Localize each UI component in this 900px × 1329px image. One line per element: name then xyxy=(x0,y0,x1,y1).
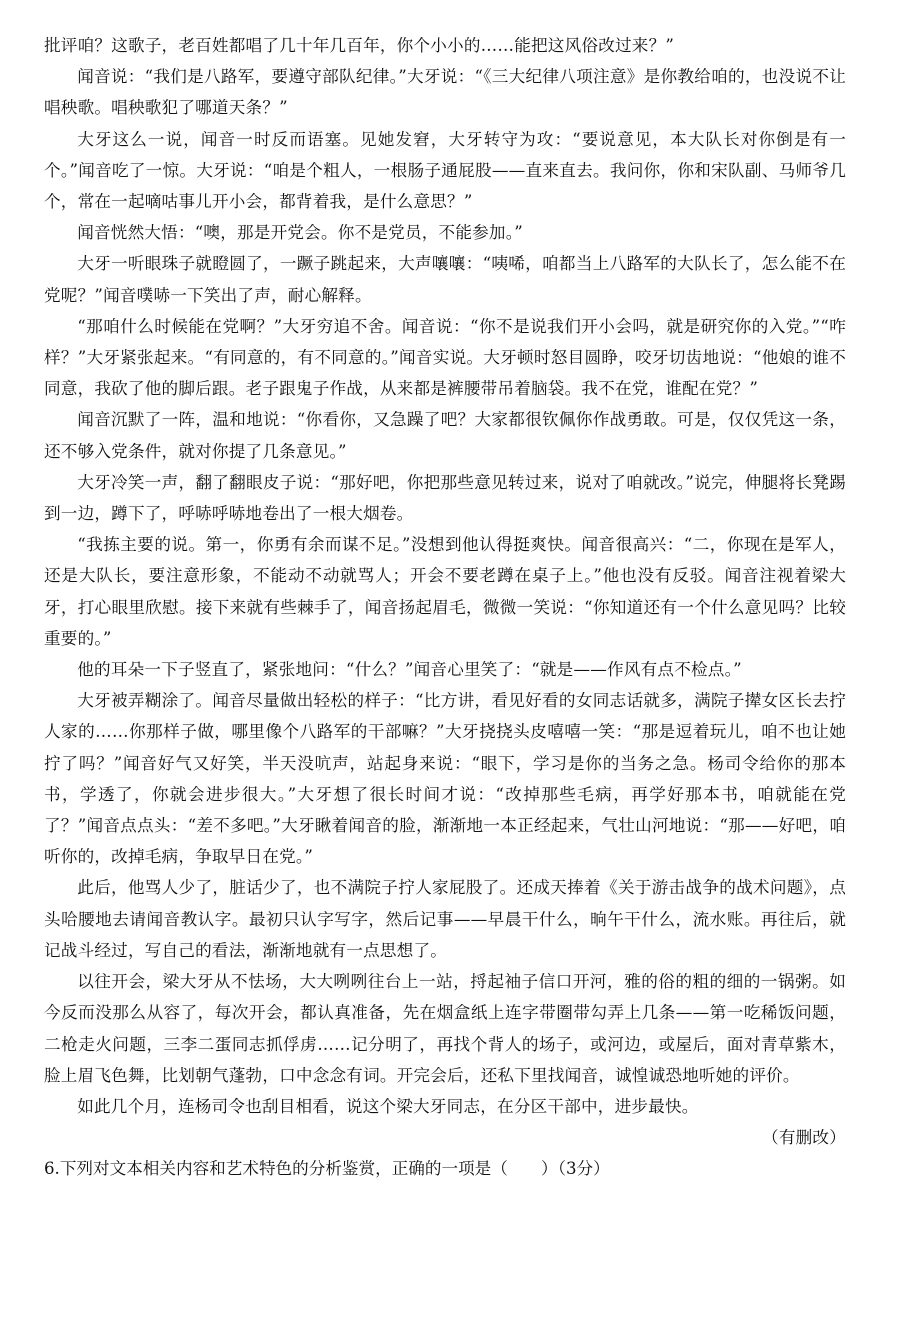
paragraph-8: “我拣主要的说。第一，你勇有余而谋不足。”没想到他认得挺爽快。闻音很高兴：“二，… xyxy=(44,529,846,654)
paragraph-4: 大牙一听眼珠子就瞪圆了，一蹶子跳起来，大声嚷嚷：“咦唏，咱都当上八路军的大队长了… xyxy=(44,248,846,310)
document-page: 批评咱？这歌子，老百姓都唱了几十年几百年，你个小小的……能把这风俗改过来？” 闻… xyxy=(44,30,846,1185)
paragraph-6: 闻音沉默了一阵，温和地说：“你看你，又急躁了吧？大家都很钦佩你作战勇敢。可是，仅… xyxy=(44,404,846,466)
paragraph-10: 大牙被弄糊涂了。闻音尽量做出轻松的样子：“比方讲，看见好看的女同志话就多，满院子… xyxy=(44,685,846,872)
paragraph-7: 大牙冷笑一声，翻了翻眼皮子说：“那好吧，你把那些意见转过来，说对了咱就改。”说完… xyxy=(44,467,846,529)
question-6: 6.下列对文本相关内容和艺术特色的分析鉴赏，正确的一项是（ ）（3分） xyxy=(44,1153,846,1184)
question-text: 下列对文本相关内容和艺术特色的分析鉴赏，正确的一项是（ ）（3分） xyxy=(60,1159,610,1178)
question-number: 6. xyxy=(44,1159,60,1178)
source-note: （有删改） xyxy=(44,1122,846,1153)
paragraph-12: 以往开会，梁大牙从不怯场，大大咧咧往台上一站，捋起袖子信口开河，雅的俗的粗的细的… xyxy=(44,966,846,1091)
paragraph-13: 如此几个月，连杨司令也刮目相看，说这个梁大牙同志，在分区干部中，进步最快。 xyxy=(44,1091,846,1122)
paragraph-2: 大牙这么一说，闻音一时反而语塞。见她发窘，大牙转守为攻：“要说意见，本大队长对你… xyxy=(44,124,846,218)
paragraph-9: 他的耳朵一下子竖直了，紧张地问：“什么？”闻音心里笑了：“就是——作风有点不检点… xyxy=(44,654,846,685)
paragraph-0: 批评咱？这歌子，老百姓都唱了几十年几百年，你个小小的……能把这风俗改过来？” xyxy=(44,30,846,61)
paragraph-3: 闻音恍然大悟：“噢，那是开党会。你不是党员，不能参加。” xyxy=(44,217,846,248)
paragraph-5: “那咱什么时候能在党啊？”大牙穷追不舍。闻音说：“你不是说我们开小会吗，就是研究… xyxy=(44,311,846,405)
paragraph-1: 闻音说：“我们是八路军，要遵守部队纪律。”大牙说：“《三大纪律八项注意》是你教给… xyxy=(44,61,846,123)
paragraph-11: 此后，他骂人少了，脏话少了，也不满院子拧人家屁股了。还成天捧着《关于游击战争的战… xyxy=(44,872,846,966)
